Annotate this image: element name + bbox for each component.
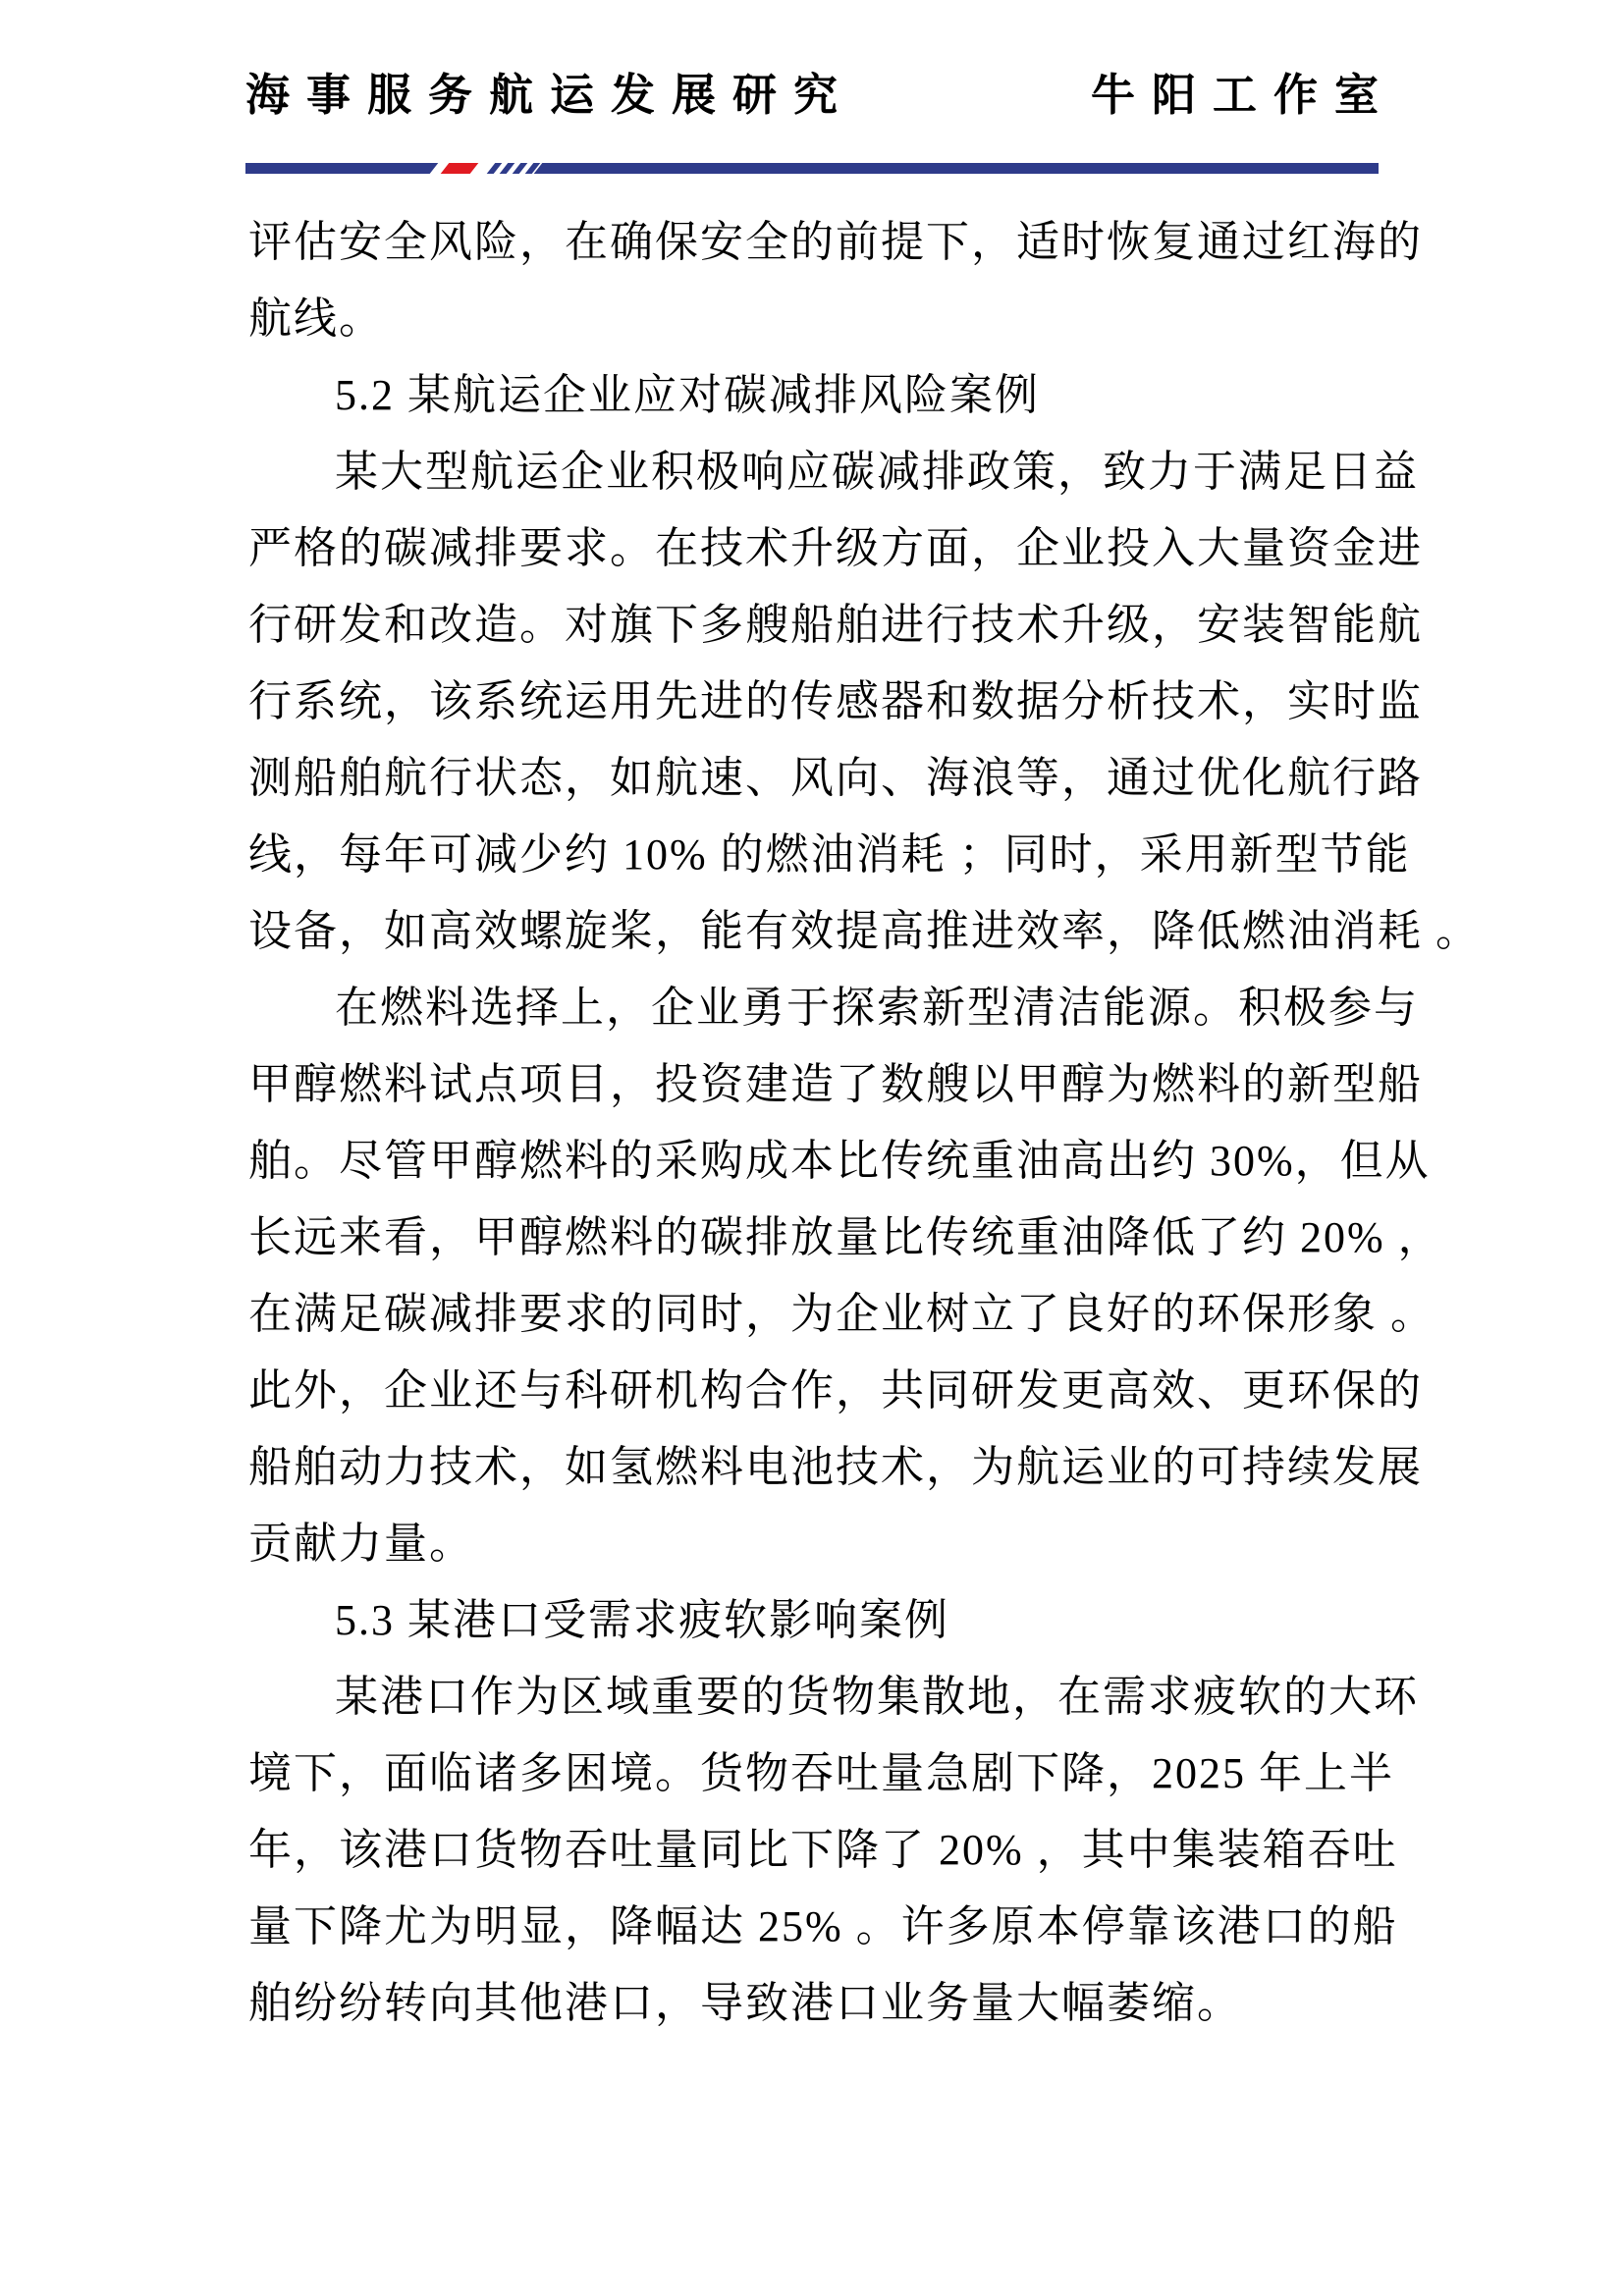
page-header: 海事服务航运发展研究 牛阳工作室	[0, 65, 1624, 126]
text-line: 行系统，该系统运用先进的传感器和数据分析技术，实时监	[248, 664, 1414, 740]
text-line: 此外，企业还与科研机构合作，共同研发更高效、更环保的	[248, 1353, 1414, 1429]
text-line: 航线。	[248, 281, 1414, 357]
text-line: 境下，面临诸多困境。货物吞吐量急剧下降，2025 年上半	[248, 1735, 1414, 1812]
text-line: 长远来看，甲醇燃料的碳排放量比传统重油降低了约 20% ，	[248, 1200, 1414, 1276]
text-line: 甲醇燃料试点项目，投资建造了数艘以甲醇为燃料的新型船	[248, 1046, 1414, 1123]
text-line: 舶纷纷转向其他港口，导致港口业务量大幅萎缩。	[248, 1965, 1414, 2042]
text-line: 评估安全风险，在确保安全的前提下，适时恢复通过红海的	[248, 204, 1414, 281]
text-line: 行研发和改造。对旗下多艘船舶进行技术升级，安装智能航	[248, 587, 1414, 664]
document-page: 海事服务航运发展研究 牛阳工作室 评估安全风险，在确保安全的前提下，适时恢复通过…	[0, 0, 1624, 2296]
text-line: 在燃料选择上，企业勇于探索新型清洁能源。积极参与	[248, 970, 1414, 1046]
text-line: 5.3 某港口受需求疲软影响案例	[248, 1582, 1414, 1659]
text-line: 某港口作为区域重要的货物集散地，在需求疲软的大环	[248, 1659, 1414, 1735]
text-line: 线，每年可减少约 10% 的燃油消耗 ；同时，采用新型节能	[248, 817, 1414, 893]
text-line: 年，该港口货物吞吐量同比下降了 20% ，其中集装箱吞吐	[248, 1812, 1414, 1889]
header-rule	[245, 163, 1379, 174]
text-line: 在满足碳减排要求的同时，为企业树立了良好的环保形象 。	[248, 1276, 1414, 1353]
text-line: 5.2 某航运企业应对碳减排风险案例	[248, 357, 1414, 434]
header-rule-bar	[245, 163, 1379, 174]
text-line: 量下降尤为明显，降幅达 25% 。许多原本停靠该港口的船	[248, 1889, 1414, 1965]
text-line: 舶。尽管甲醇燃料的采购成本比传统重油高出约 30%，但从	[248, 1123, 1414, 1200]
text-line: 严格的碳减排要求。在技术升级方面，企业投入大量资金进	[248, 510, 1414, 587]
text-line: 设备，如高效螺旋桨，能有效提高推进效率，降低燃油消耗 。	[248, 893, 1414, 970]
text-line: 贡献力量。	[248, 1506, 1414, 1582]
header-left-title: 海事服务航运发展研究	[245, 65, 854, 126]
text-line: 船舶动力技术，如氢燃料电池技术，为航运业的可持续发展	[248, 1429, 1414, 1506]
text-line: 某大型航运企业积极响应碳减排政策，致力于满足日益	[248, 434, 1414, 510]
body-text: 评估安全风险，在确保安全的前提下，适时恢复通过红海的航线。5.2 某航运企业应对…	[0, 174, 1414, 2042]
header-right-title: 牛阳工作室	[1091, 65, 1395, 126]
text-line: 测船舶航行状态，如航速、风向、海浪等，通过优化航行路	[248, 740, 1414, 817]
